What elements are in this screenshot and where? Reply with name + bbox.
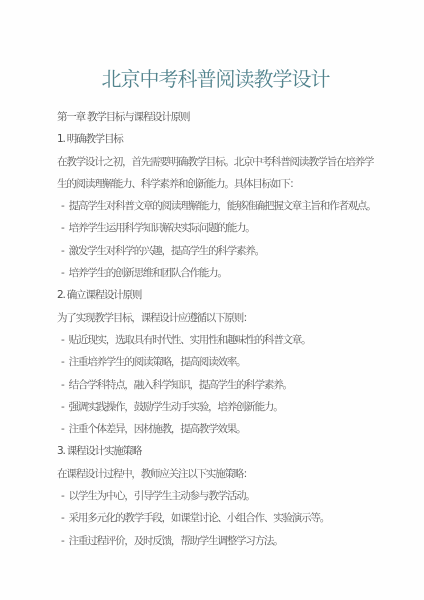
section-2-heading: 2. 确立课程设计原则: [57, 284, 374, 306]
bullet-text: 贴近现实，选取具有时代性、实用性和趣味性的科普文章。: [69, 334, 311, 346]
bullet-text: 采用多元化的教学手段，如课堂讨论、小组合作、实验演示等。: [69, 512, 329, 524]
bullet-item: -培养学生运用科学知识解决实际问题的能力。: [57, 217, 378, 239]
bullet-item: -结合学科特点，融入科学知识，提高学生的科学素养。: [57, 374, 378, 396]
document-page: 北京中考科普阅读教学设计 第一章 教学目标与课程设计原则 1. 明确教学目标 在…: [0, 0, 424, 600]
bullet-item: -注重个体差异，因材施教，提高教学效果。: [57, 418, 378, 440]
bullet-dash: -: [61, 423, 64, 435]
bullet-item: -提高学生对科普文章的阅读理解能力，能够准确把握文章主旨和作者观点。: [57, 195, 378, 217]
bullet-dash: -: [61, 401, 64, 413]
bullet-item: -采用多元化的教学手段，如课堂讨论、小组合作、实验演示等。: [57, 507, 378, 529]
section-2-intro: 为了实现教学目标，课程设计应遵循以下原则：: [57, 307, 374, 329]
bullet-text: 注重个体差异，因材施教，提高教学效果。: [69, 423, 246, 435]
bullet-dash: -: [61, 200, 64, 212]
section-1-intro: 在教学设计之初，首先需要明确教学目标。北京中考科普阅读教学旨在培养学生的阅读理解…: [57, 151, 374, 196]
bullet-text: 提高学生对科普文章的阅读理解能力，能够准确把握文章主旨和作者观点。: [69, 200, 376, 212]
bullet-item: -注重培养学生的阅读策略，提高阅读效率。: [57, 351, 378, 373]
bullet-dash: -: [61, 222, 64, 234]
bullet-text: 注重培养学生的阅读策略，提高阅读效率。: [69, 356, 246, 368]
bullet-item: -培养学生的创新思维和团队合作能力。: [57, 262, 378, 284]
section-3-intro: 在课程设计过程中，教师应关注以下实施策略：: [57, 463, 374, 485]
document-title: 北京中考科普阅读教学设计: [57, 64, 374, 94]
bullet-item: -注重过程评价，及时反馈，帮助学生调整学习方法。: [57, 530, 378, 552]
bullet-item: -以学生为中心，引导学生主动参与教学活动。: [57, 485, 378, 507]
bullet-item: -激发学生对科学的兴趣，提高学生的科学素养。: [57, 240, 378, 262]
bullet-text: 注重过程评价，及时反馈，帮助学生调整学习方法。: [69, 535, 283, 547]
bullet-text: 培养学生运用科学知识解决实际问题的能力。: [69, 222, 255, 234]
bullet-dash: -: [61, 512, 64, 524]
bullet-text: 以学生为中心，引导学生主动参与教学活动。: [69, 490, 255, 502]
bullet-dash: -: [61, 334, 64, 346]
chapter-heading: 第一章 教学目标与课程设计原则: [57, 106, 374, 128]
bullet-dash: -: [61, 245, 64, 257]
bullet-text: 激发学生对科学的兴趣，提高学生的科学素养。: [69, 245, 264, 257]
bullet-text: 培养学生的创新思维和团队合作能力。: [69, 267, 227, 279]
bullet-dash: -: [61, 379, 64, 391]
bullet-dash: -: [61, 535, 64, 547]
bullet-item: -贴近现实，选取具有时代性、实用性和趣味性的科普文章。: [57, 329, 378, 351]
section-1-heading: 1. 明确教学目标: [57, 128, 374, 150]
bullet-dash: -: [61, 490, 64, 502]
section-3-heading: 3. 课程设计实施策略: [57, 440, 374, 462]
bullet-text: 强调实践操作，鼓励学生动手实验，培养创新能力。: [69, 401, 283, 413]
bullet-dash: -: [61, 267, 64, 279]
bullet-item: -强调实践操作，鼓励学生动手实验，培养创新能力。: [57, 396, 378, 418]
bullet-dash: -: [61, 356, 64, 368]
bullet-text: 结合学科特点，融入科学知识，提高学生的科学素养。: [69, 379, 292, 391]
